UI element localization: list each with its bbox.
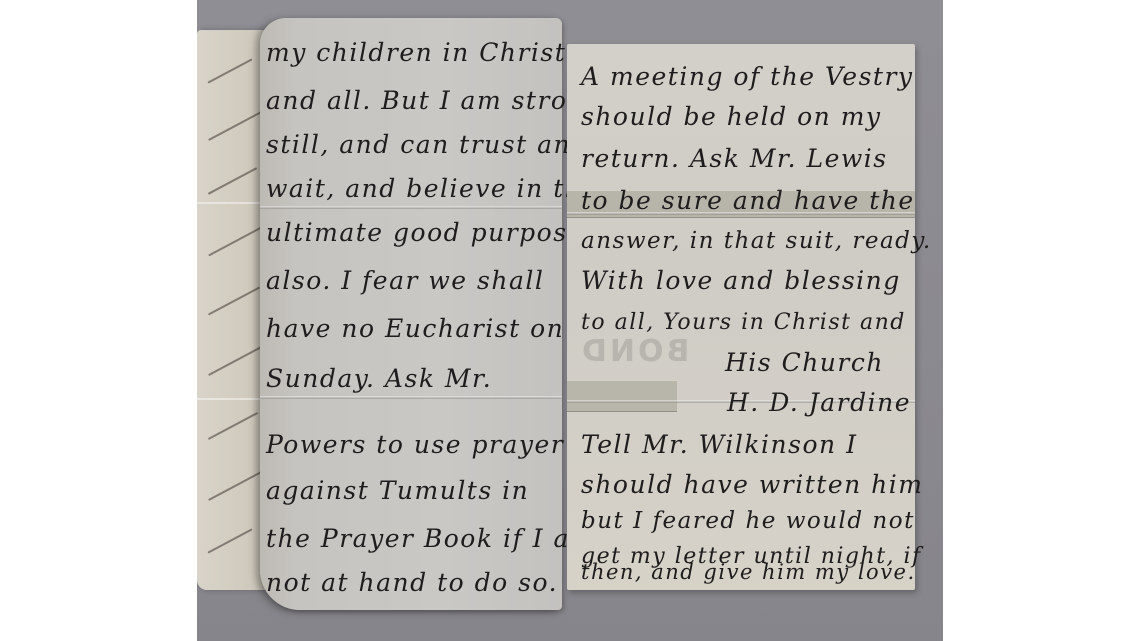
handwritten-line: also. I fear we shall xyxy=(266,266,544,295)
handwriting-stroke xyxy=(207,528,252,553)
handwritten-line: Powers to use prayer xyxy=(266,430,564,459)
closing-line: His Church xyxy=(725,348,884,377)
handwritten-line: return. Ask Mr. Lewis xyxy=(581,144,888,173)
handwriting-stroke xyxy=(208,287,260,316)
postscript-line: but I feared he would not xyxy=(581,508,915,534)
handwritten-line: to be sure and have the xyxy=(581,186,915,215)
postscript-line: Tell Mr. Wilkinson I xyxy=(581,430,857,459)
handwriting-stroke xyxy=(208,226,264,257)
right-page: BOND A meeting of the Vestry should be h… xyxy=(567,44,915,590)
handwritten-line: have no Eucharist on xyxy=(266,314,564,343)
handwritten-line: ultimate good purpose xyxy=(266,218,584,247)
handwriting-stroke xyxy=(208,346,262,376)
handwritten-line: wait, and believe in the xyxy=(266,174,599,203)
handwritten-line: to all, Yours in Christ and xyxy=(581,310,906,335)
handwritten-line: and all. But I am strong xyxy=(266,86,603,115)
handwritten-line: should be held on my xyxy=(581,102,882,131)
handwritten-line: still, and can trust and xyxy=(266,130,589,159)
handwritten-line: A meeting of the Vestry xyxy=(581,62,914,91)
handwritten-line: answer, in that suit, ready. xyxy=(581,228,932,254)
handwritten-line: not at hand to do so. xyxy=(266,568,558,597)
postscript-line: then, and give him my love. xyxy=(581,560,916,584)
embossed-stamp: BOND xyxy=(579,334,689,369)
handwriting-stroke xyxy=(207,58,252,83)
repair-tape xyxy=(567,380,677,412)
fold-crease xyxy=(260,206,562,209)
handwriting-stroke xyxy=(208,167,258,195)
handwritten-line: the Prayer Book if I am xyxy=(266,524,595,553)
letter-photo: my children in Christ - one and all. But… xyxy=(197,0,943,641)
signature: H. D. Jardine xyxy=(727,388,911,417)
handwriting-stroke xyxy=(208,412,258,440)
handwritten-line: With love and blessing xyxy=(581,266,901,295)
handwritten-line: Sunday. Ask Mr. xyxy=(266,364,492,393)
handwriting-stroke xyxy=(208,111,262,141)
handwriting-stroke xyxy=(208,471,262,501)
left-page: my children in Christ - one and all. But… xyxy=(260,18,562,610)
fold-crease xyxy=(260,396,562,399)
handwritten-line: against Tumults in xyxy=(266,476,529,505)
postscript-line: should have written him xyxy=(581,470,923,499)
